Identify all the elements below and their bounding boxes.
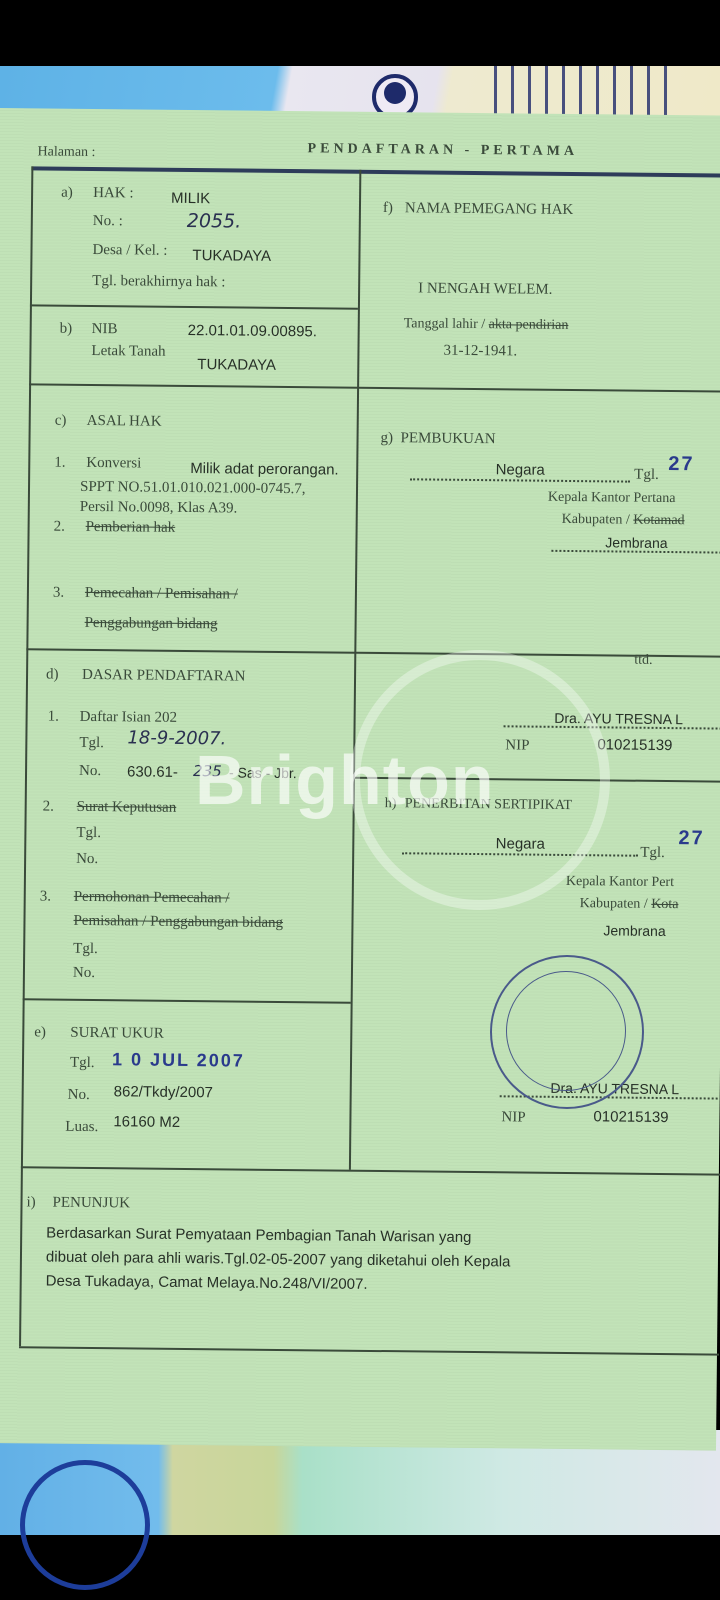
sppt-number: SPPT NO.51.01.010.021.000-0745.7, [80, 479, 306, 498]
hak-no-value: 2055. [187, 210, 242, 233]
pembukuan-heading: PEMBUKUAN [400, 430, 495, 448]
section-b-label: b) [60, 321, 73, 338]
top-border [31, 166, 720, 177]
divider-c-d [26, 648, 720, 657]
pembukuan-office-line1: Kepala Kantor Pertana [548, 490, 676, 507]
page-title: PENDAFTARAN - PERTAMA [308, 141, 579, 160]
surat-ukur-date-stamp: 1 0 JUL 2007 [112, 1049, 245, 1071]
fabric-pupil-pattern [384, 82, 406, 104]
section-d-label: d) [46, 667, 59, 684]
permohonan-tgl: Tgl. [73, 941, 98, 958]
pembukuan-tgl-value: 27 [668, 453, 694, 476]
dasar-item1-num: 1. [48, 709, 59, 726]
pembukuan-office-line2: Kabupaten / Kotamad [562, 512, 685, 529]
dasar-item3-num: 3. [40, 888, 51, 905]
section-g-label: g) [380, 430, 393, 447]
asal-item1-num: 1. [54, 455, 65, 472]
surat-ukur-tgl-label: Tgl. [70, 1055, 95, 1072]
divider-a-b [30, 304, 358, 309]
hak-label: HAK : [93, 185, 134, 202]
fabric-arc-pattern [20, 1460, 150, 1590]
desa-label: Desa / Kel. : [92, 242, 167, 260]
left-border [19, 166, 33, 1346]
page-label: Halaman : [37, 144, 95, 161]
penunjuk-line2: dibuat oleh para ahli waris.Tgl.02-05-20… [46, 1249, 511, 1271]
konversi-label: Konversi [86, 455, 141, 473]
pemisahan-label: Pemisahan / Penggabungan bidang [73, 913, 283, 932]
birth-date-label: Tanggal lahir / akta pendirian [404, 316, 569, 334]
penerbitan-nip-value: 010215139 [593, 1108, 668, 1126]
hak-value: MILIK [171, 190, 210, 207]
pembukuan-place: Negara [496, 461, 545, 479]
nama-pemegang-hak-heading: NAMA PEMEGANG HAK [405, 200, 574, 219]
luas-label: Luas. [65, 1119, 98, 1136]
section-i-label: i) [26, 1194, 35, 1211]
penerbitan-tgl-label: Tgl. [640, 845, 665, 862]
hak-no-label: No. : [93, 213, 123, 230]
dasar-item2-num: 2. [43, 798, 54, 815]
dasar-pendaftaran-heading: DASAR PENDAFTARAN [82, 667, 246, 686]
surat-keputusan-label: Surat Keputusan [77, 799, 177, 817]
permohonan-no: No. [73, 965, 95, 982]
penggabungan-label: Penggabungan bidang [85, 615, 218, 633]
letak-tanah-value: TUKADAYA [197, 356, 276, 374]
surat-ukur-no-value: 862/Tkdy/2007 [114, 1083, 213, 1101]
pembukuan-place-line: Negara [410, 460, 630, 482]
daftar-isian-no-value: 630.61- [127, 763, 178, 781]
section-f-label: f) [383, 200, 393, 217]
konversi-value: Milik adat perorangan. [190, 460, 339, 479]
divider-e-i [21, 1166, 720, 1175]
penerbitan-tgl-value: 27 [678, 827, 704, 850]
penerbitan-office-line2: Kabupaten / Kota [580, 896, 679, 913]
pembukuan-signed: ttd. [634, 653, 652, 669]
surat-keputusan-tgl: Tgl. [76, 825, 101, 842]
pembukuan-nip-value: 010215139 [597, 736, 672, 754]
asal-item3-num: 3. [53, 585, 64, 602]
luas-value: 16160 M2 [113, 1113, 180, 1131]
bottom-border [19, 1346, 719, 1355]
penerbitan-nip-label: NIP [501, 1109, 525, 1126]
surat-keputusan-no: No. [76, 851, 98, 868]
daftar-isian-no-label: No. [79, 763, 101, 780]
pemecahan-label: Pemecahan / Pemisahan / [85, 585, 238, 604]
divider-d-e [23, 998, 351, 1003]
brighton-watermark: Brighton [195, 740, 495, 820]
penerbitan-office-line1: Kepala Kantor Pert [566, 874, 674, 891]
section-e-label: e) [34, 1024, 46, 1041]
daftar-isian-tgl-label: Tgl. [79, 735, 104, 752]
surat-ukur-no-label: No. [68, 1087, 90, 1104]
penunjuk-line1: Berdasarkan Surat Pemyataan Pembagian Ta… [46, 1225, 471, 1246]
penerbitan-region: Jembrana [603, 922, 665, 939]
bpn-official-seal [490, 955, 644, 1109]
daftar-isian-label: Daftar Isian 202 [80, 709, 178, 727]
asal-hak-heading: ASAL HAK [87, 413, 162, 431]
desa-value: TUKADAYA [192, 247, 271, 265]
pembukuan-tgl-label: Tgl. [634, 467, 659, 484]
pembukuan-region: Jembrana [551, 534, 720, 554]
holder-name: I NENGAH WELEM. [418, 280, 552, 298]
persil-number: Persil No.0098, Klas A39. [80, 499, 238, 518]
expiry-label: Tgl. berakhirnya hak : [92, 273, 225, 291]
pemberian-hak-label: Pemberian hak [86, 519, 176, 537]
section-c-label: c) [55, 413, 67, 430]
nib-label: NIB [92, 321, 118, 338]
column-divider [349, 170, 361, 1170]
birth-date-value: 31-12-1941. [443, 343, 517, 361]
permohonan-pemecahan-label: Permohonan Pemecahan / [74, 889, 230, 908]
surat-ukur-heading: SURAT UKUR [70, 1025, 164, 1043]
asal-item2-num: 2. [54, 519, 65, 536]
letak-tanah-label: Letak Tanah [91, 343, 165, 361]
section-a-label: a) [61, 185, 73, 202]
penunjuk-line3: Desa Tukadaya, Camat Melaya.No.248/VI/20… [46, 1273, 368, 1293]
penunjuk-heading: PENUNJUK [52, 1195, 130, 1213]
nib-value: 22.01.01.09.00895. [188, 322, 317, 340]
divider-b-c [29, 383, 720, 392]
